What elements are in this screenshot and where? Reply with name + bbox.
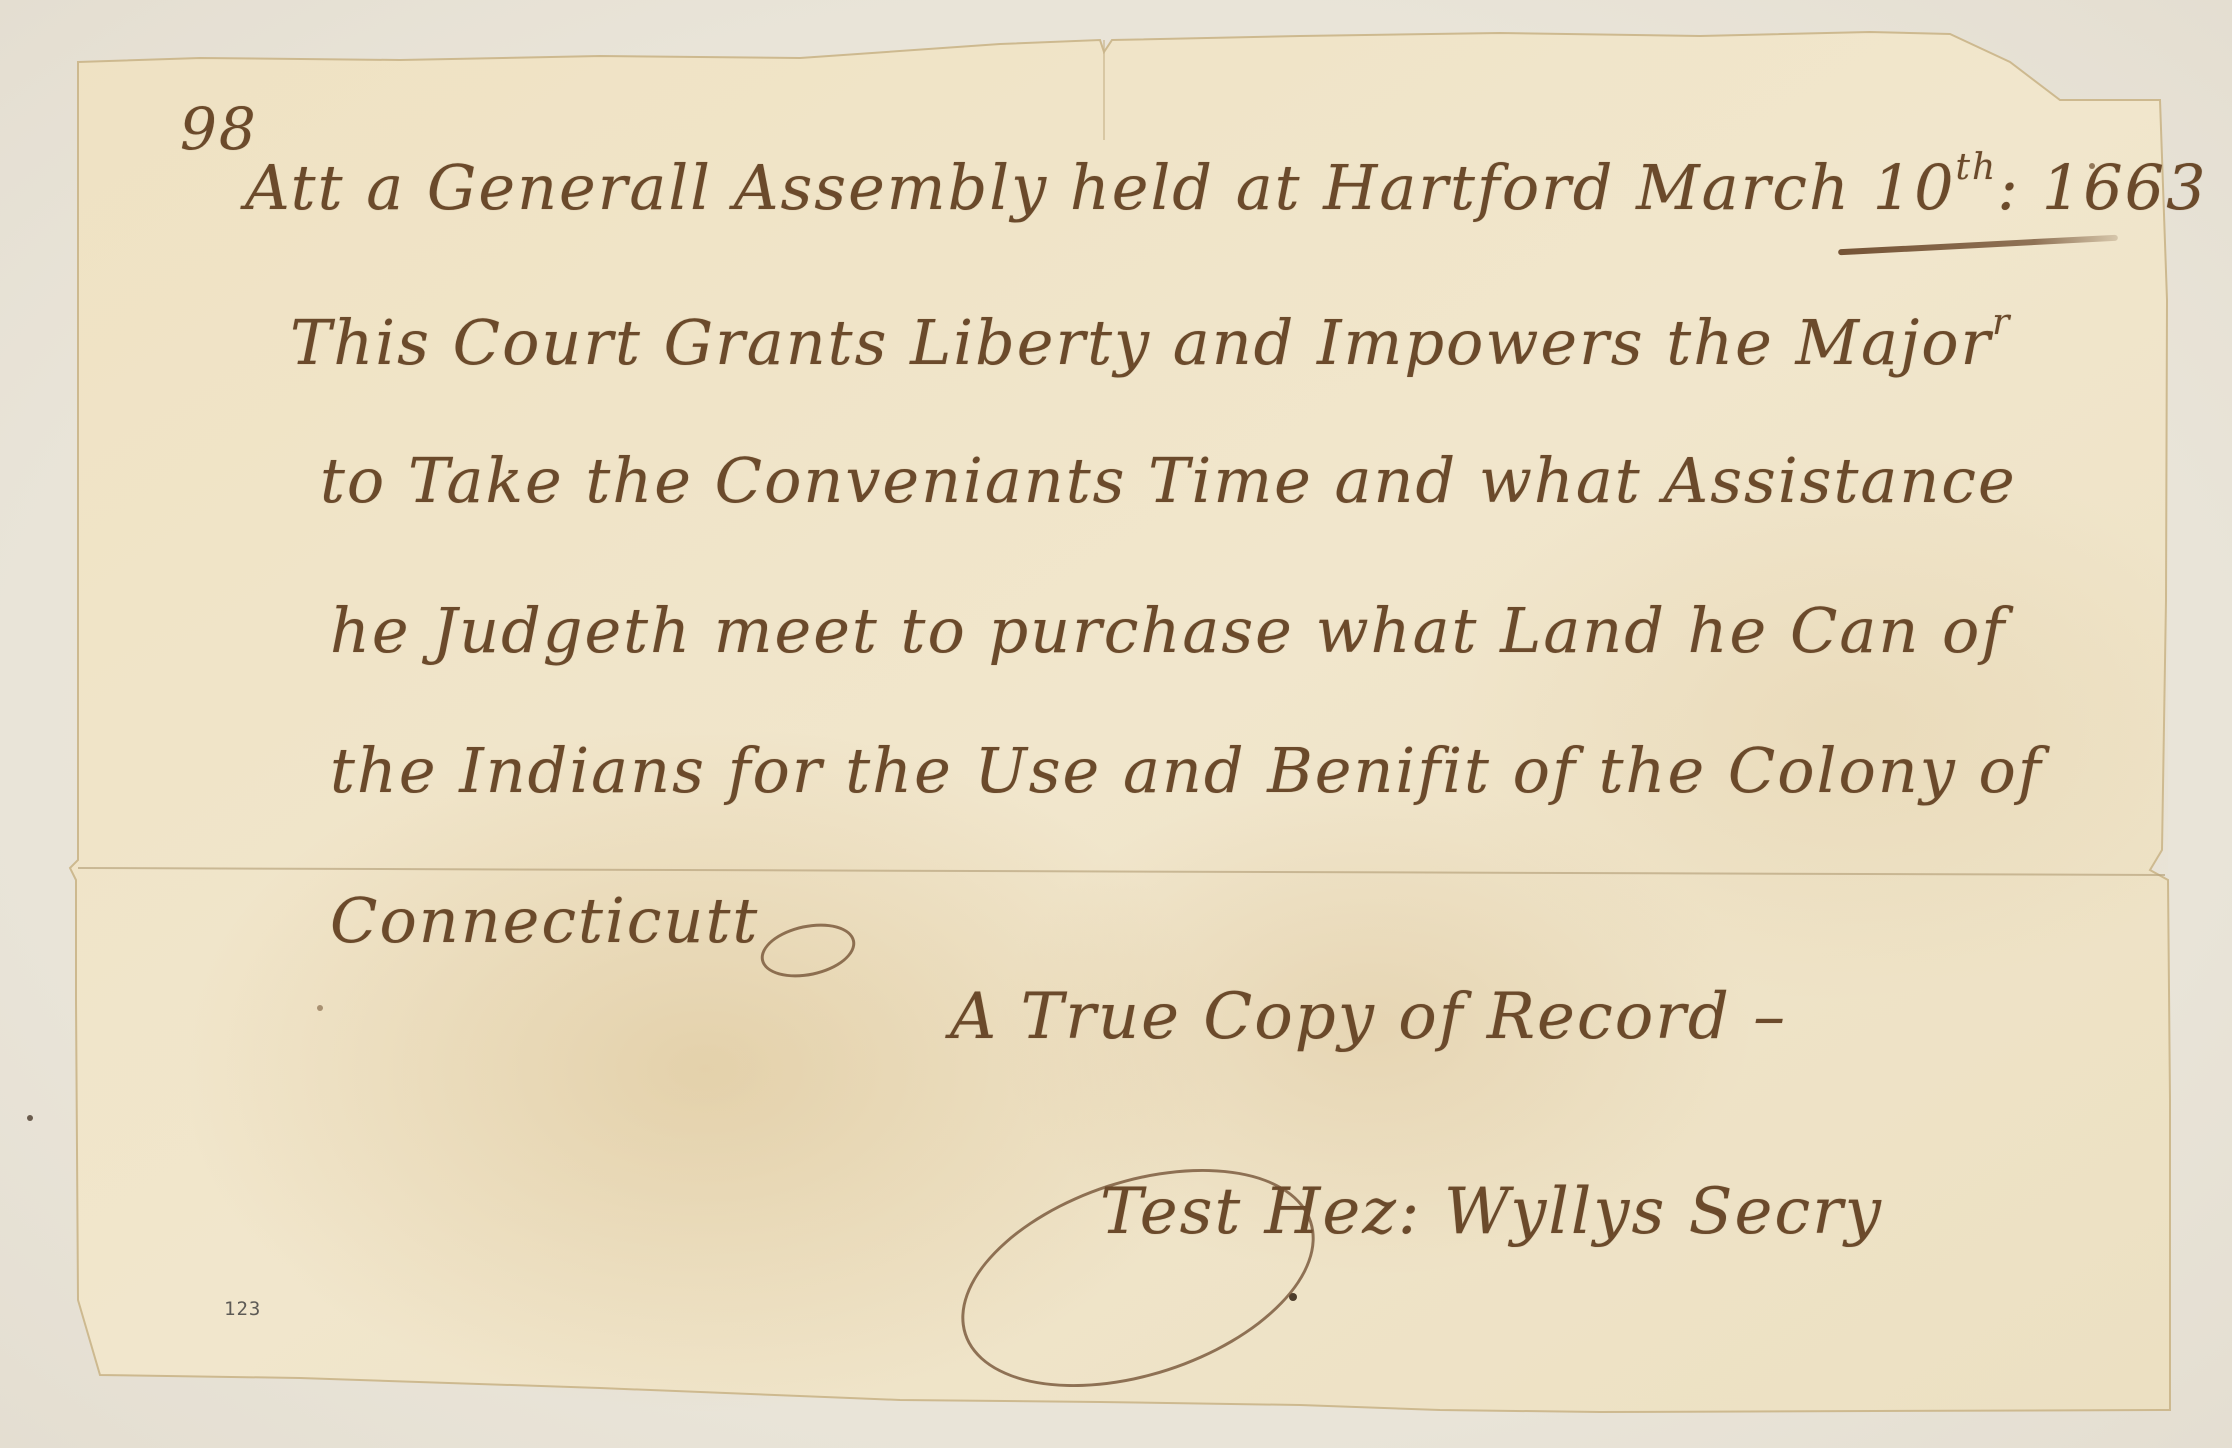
body-line-1-superscript: r [1992,302,2011,343]
body-line-1-text: This Court Grants Liberty and Impowers t… [290,306,1992,379]
body-line-2: to Take the Conveniants Time and what As… [320,450,2017,512]
manuscript-page: 98 Att a Generall Assembly held at Hartf… [0,0,2232,1448]
archive-stamp-number: 123 [224,1298,261,1320]
body-line-5: Connecticutt [330,890,759,952]
body-line-4: the Indians for the Use and Benifit of t… [330,740,2043,802]
attestation-line: A True Copy of Record – [950,985,1787,1049]
signature-name: Hez: Wyllys [1265,1175,1667,1249]
body-line-3: he Judgeth meet to purchase what Land he… [330,600,2006,662]
signature-title: Secry [1689,1175,1883,1249]
heading-text: Att a Generall Assembly held at Hartford… [245,151,1956,224]
heading-line: Att a Generall Assembly held at Hartford… [245,150,2208,219]
body-line-1: This Court Grants Liberty and Impowers t… [290,305,2011,374]
date-superscript: th [1956,147,1998,188]
heading-year: : 1663 [1997,151,2207,224]
